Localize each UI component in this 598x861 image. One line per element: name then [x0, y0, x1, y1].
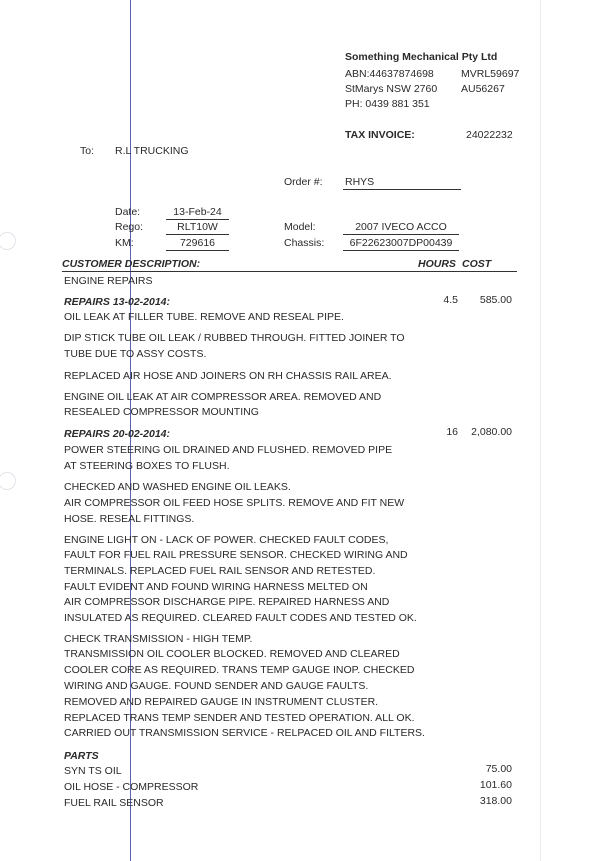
repair-line: TUBE DUE TO ASSY COSTS.: [64, 346, 206, 362]
repair-line: POWER STEERING OIL DRAINED AND FLUSHED. …: [64, 442, 392, 458]
order-label: Order #:: [284, 176, 323, 188]
order-value: RHYS: [343, 176, 461, 190]
km-value: 729616: [166, 237, 229, 251]
part-cost: 101.60: [440, 779, 512, 791]
company-abn: ABN:44637874698: [345, 68, 434, 80]
repair-line: RESEALED COMPRESSOR MOUNTING: [64, 404, 259, 420]
repair-line: FAULT FOR FUEL RAIL PRESSURE SENSOR. CHE…: [64, 547, 408, 563]
part-cost: 75.00: [440, 763, 512, 775]
repair-line: ENGINE LIGHT ON - LACK OF POWER. CHECKED…: [64, 532, 388, 548]
repair-line: REMOVED AND REPAIRED GAUGE IN INSTRUMENT…: [64, 694, 378, 710]
tax-invoice-label: TAX INVOICE:: [345, 129, 415, 141]
repair-cost: 2,080.00: [460, 426, 512, 438]
date-value: 13-Feb-24: [166, 206, 229, 220]
repair-line: WIRING AND GAUGE. FOUND SENDER AND GAUGE…: [64, 678, 368, 694]
repair-line: ENGINE OIL LEAK AT AIR COMPRESSOR AREA. …: [64, 389, 381, 405]
part-name: OIL HOSE - COMPRESSOR: [64, 779, 198, 795]
company-license-2: AU56267: [461, 83, 505, 95]
repair-line: CHECK TRANSMISSION - HIGH TEMP.: [64, 631, 252, 647]
model-label: Model:: [284, 221, 316, 233]
rego-value: RLT10W: [166, 221, 229, 235]
km-label: KM:: [115, 237, 134, 249]
part-name: FUEL RAIL SENSOR: [64, 795, 164, 811]
header-rule: [62, 271, 517, 272]
repair-line: CARRIED OUT TRANSMISSION SERVICE - RELPA…: [64, 725, 425, 741]
repair-line: AIR COMPRESSOR OIL FEED HOSE SPLITS. REM…: [64, 495, 404, 511]
parts-title: PARTS: [64, 748, 99, 764]
company-name: Something Mechanical Pty Ltd: [345, 51, 497, 63]
part-name: SYN TS OIL: [64, 763, 122, 779]
chassis-label: Chassis:: [284, 237, 324, 249]
model-value: 2007 IVECO ACCO: [343, 221, 459, 235]
repair-line: TRANSMISSION OIL COOLER BLOCKED. REMOVED…: [64, 646, 400, 662]
repair-hours: 16: [420, 426, 458, 438]
cost-header: COST: [462, 258, 491, 270]
company-address: StMarys NSW 2760: [345, 83, 437, 95]
repair-cost: 585.00: [460, 294, 512, 306]
repair-line: REPLACED AIR HOSE AND JOINERS ON RH CHAS…: [64, 368, 392, 384]
tax-invoice-number: 24022232: [466, 129, 513, 141]
repair-line: REPLACED TRANS TEMP SENDER AND TESTED OP…: [64, 710, 414, 726]
repair-line: HOSE. RESEAL FITTINGS.: [64, 511, 194, 527]
repair-line: CHECKED AND WASHED ENGINE OIL LEAKS.: [64, 479, 291, 495]
company-license-1: MVRL59697: [461, 68, 519, 80]
repair-hours: 4.5: [420, 294, 458, 306]
date-label: Date:: [115, 206, 140, 218]
chassis-value: 6F22623007DP00439: [343, 237, 459, 251]
hours-header: HOURS: [418, 258, 456, 270]
repair-section-title: REPAIRS 13-02-2014:: [64, 294, 170, 310]
punch-hole: [0, 472, 16, 490]
repair-line: TERMINALS. REPLACED FUEL RAIL SENSOR AND…: [64, 563, 375, 579]
customer-description: ENGINE REPAIRS: [64, 273, 153, 289]
repair-line: COOLER CORE AS REQUIRED. TRANS TEMP GAUG…: [64, 662, 414, 678]
to-value: R.L TRUCKING: [115, 145, 189, 157]
page-edge: [540, 0, 541, 861]
punch-hole: [0, 232, 16, 250]
to-label: To:: [80, 145, 94, 157]
repair-section-title: REPAIRS 20-02-2014:: [64, 426, 170, 442]
rego-label: Rego:: [115, 221, 143, 233]
repair-line: INSULATED AS REQUIRED. CLEARED FAULT COD…: [64, 610, 417, 626]
repair-line: AIR COMPRESSOR DISCHARGE PIPE. REPAIRED …: [64, 594, 389, 610]
repair-line: OIL LEAK AT FILLER TUBE. REMOVE AND RESE…: [64, 309, 344, 325]
repair-line: FAULT EVIDENT AND FOUND WIRING HARNESS M…: [64, 579, 368, 595]
part-cost: 318.00: [440, 795, 512, 807]
customer-description-header: CUSTOMER DESCRIPTION:: [62, 258, 200, 270]
company-phone: PH: 0439 881 351: [345, 98, 430, 110]
repair-line: DIP STICK TUBE OIL LEAK / RUBBED THROUGH…: [64, 330, 405, 346]
repair-line: AT STEERING BOXES TO FLUSH.: [64, 458, 230, 474]
